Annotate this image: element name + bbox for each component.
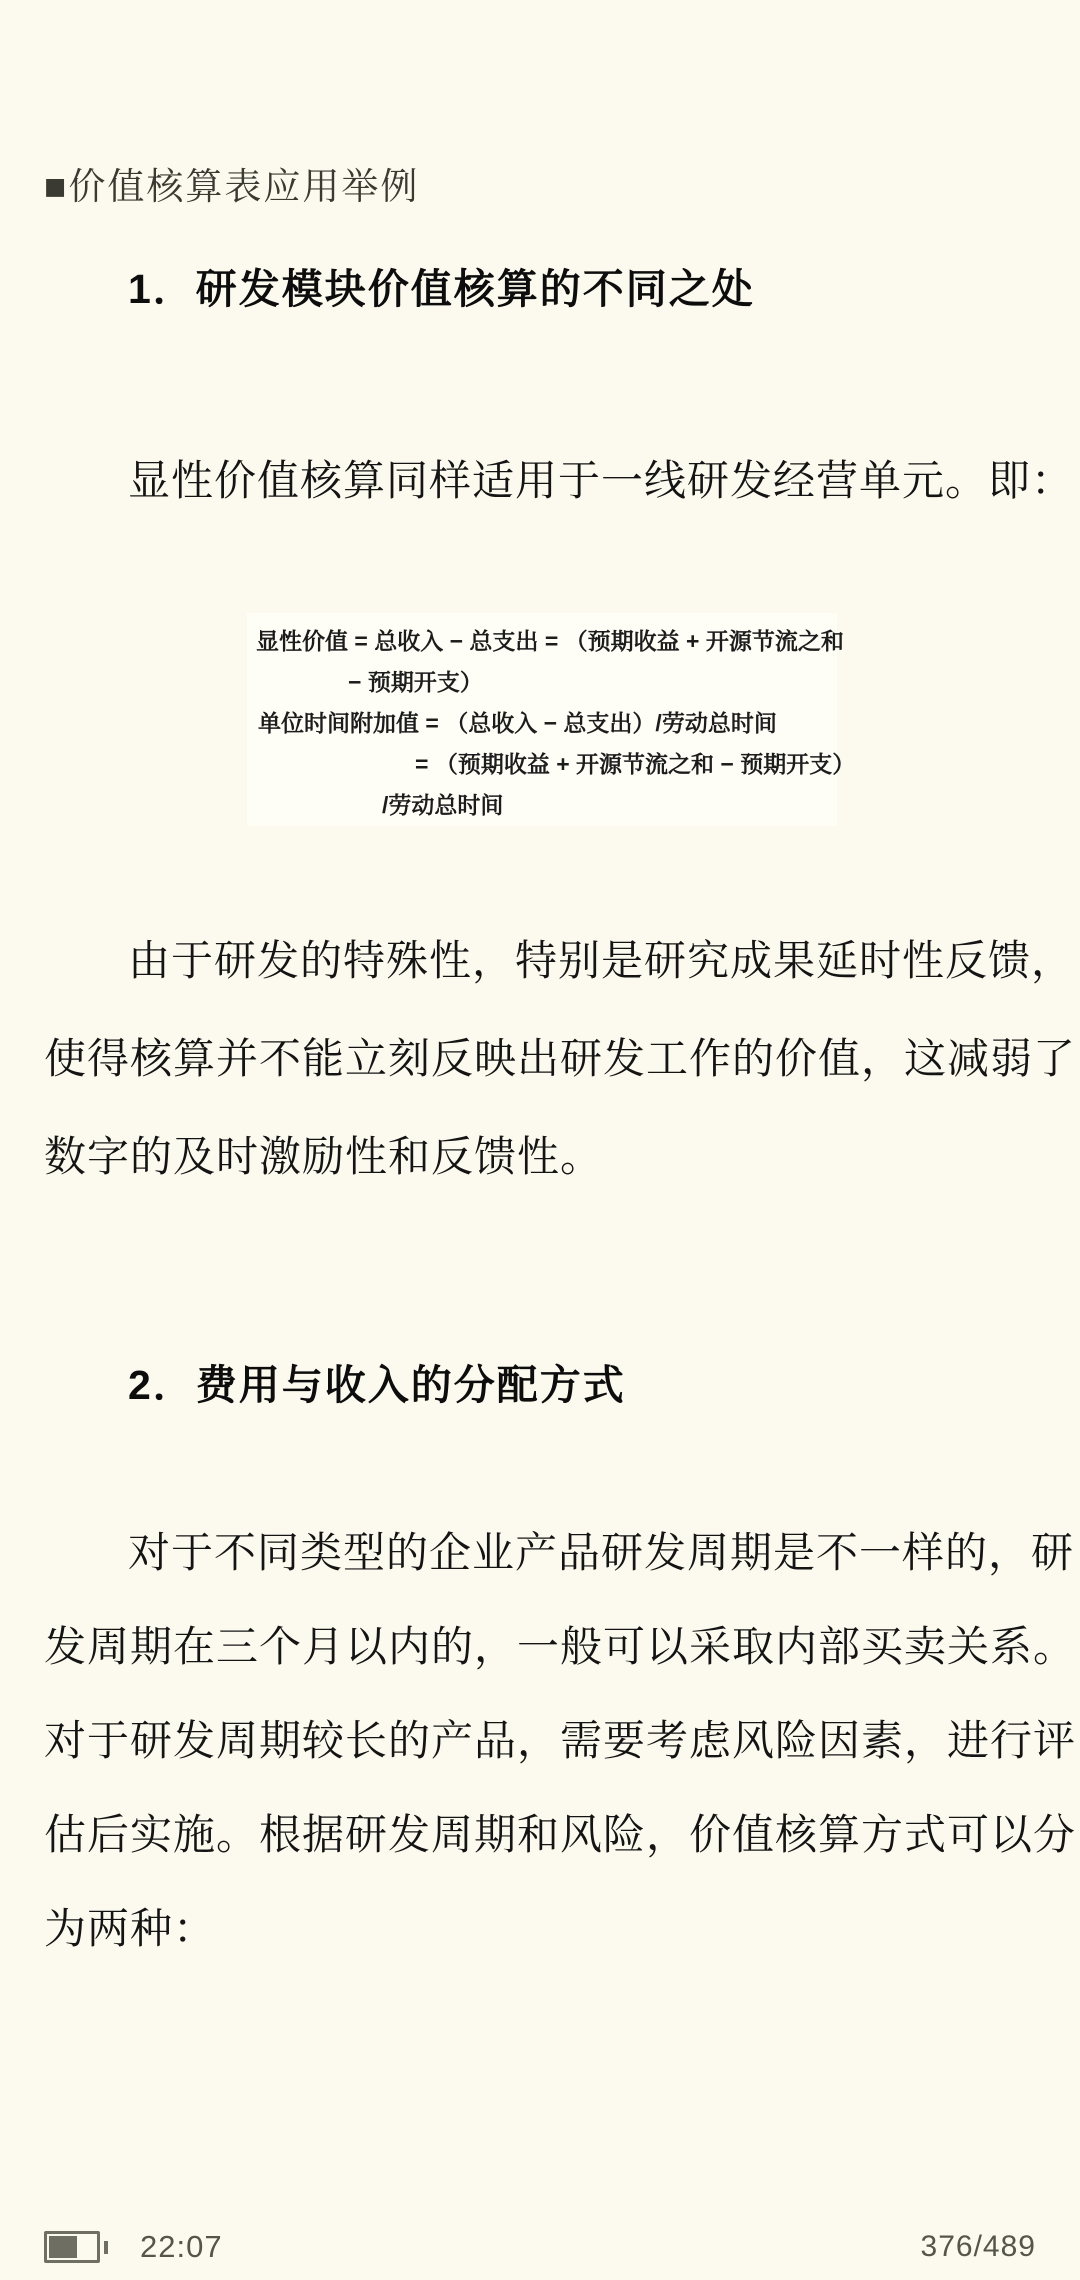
text-line: 估后实施。根据研发周期和风险，价值核算方式可以分 <box>44 1788 1050 1882</box>
text-line: 由于研发的特殊性，特别是研究成果延时性反馈， <box>44 912 1050 1010</box>
text-line: 对于研发周期较长的产品，需要考虑风险因素，进行评 <box>44 1694 1050 1788</box>
paragraph-2: 由于研发的特殊性，特别是研究成果延时性反馈， 使得核算并不能立刻反映出研发工作的… <box>44 912 1050 1206</box>
text-line: 数字的及时激励性和反馈性。 <box>44 1108 1050 1206</box>
section-header: ■价值核算表应用举例 <box>44 156 419 210</box>
formula-line: 显性价值 = 总收入 − 总支出 = （预期收益 + 开源节流之和 <box>247 621 837 662</box>
paragraph-3: 对于不同类型的企业产品研发周期是不一样的，研 发周期在三个月以内的，一般可以采取… <box>44 1506 1050 1976</box>
formula-line: /劳动总时间 <box>247 785 837 826</box>
text-line: 为两种： <box>44 1882 1050 1976</box>
battery-fill <box>49 2236 77 2258</box>
text-line: 使得核算并不能立刻反映出研发工作的价值，这减弱了 <box>44 1010 1050 1108</box>
battery-nub <box>104 2241 108 2254</box>
formula-line: 单位时间附加值 = （总收入 − 总支出）/劳动总时间 <box>247 703 837 744</box>
heading-2: 2．费用与收入的分配方式 <box>128 1352 626 1411</box>
text-line: 对于不同类型的企业产品研发周期是不一样的，研 <box>44 1506 1050 1600</box>
status-bar: 22:07 376/489 <box>44 2228 1036 2266</box>
paragraph-1: 显性价值核算同样适用于一线研发经营单元。即： <box>128 448 1074 508</box>
battery-icon <box>44 2231 108 2263</box>
formula-line: − 预期开支） <box>247 662 837 703</box>
clock-time: 22:07 <box>140 2229 223 2265</box>
reader-page[interactable]: ■价值核算表应用举例 1．研发模块价值核算的不同之处 显性价值核算同样适用于一线… <box>0 0 1080 2280</box>
formula-image: 显性价值 = 总收入 − 总支出 = （预期收益 + 开源节流之和 − 预期开支… <box>247 613 837 826</box>
heading-1: 1．研发模块价值核算的不同之处 <box>128 256 755 315</box>
text-line: 发周期在三个月以内的，一般可以采取内部买卖关系。 <box>44 1600 1050 1694</box>
formula-line: = （预期收益 + 开源节流之和 − 预期开支） <box>247 744 837 785</box>
battery-body <box>44 2231 100 2263</box>
page-progress: 376/489 <box>921 2230 1036 2264</box>
